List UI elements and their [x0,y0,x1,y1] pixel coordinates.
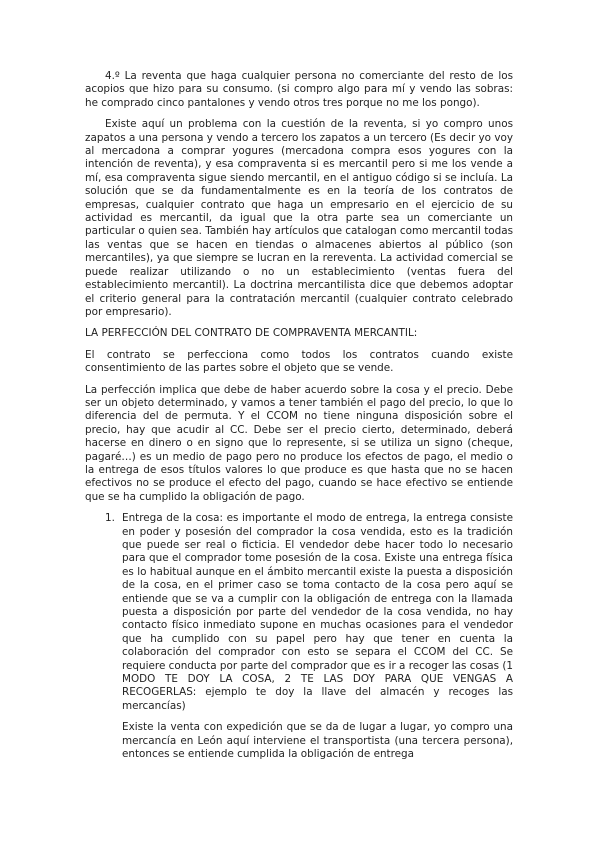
paragraph-reventa-no-comerciante: 4.º La reventa que haga cualquier person… [85,70,513,110]
paragraph-problema-reventa: Existe aquí un problema con la cuestión … [85,118,513,319]
paragraph-perfeccion-precio: La perfección implica que debe de haber … [85,384,513,505]
numbered-list: 1. Entrega de la cosa: es importante el … [85,512,513,713]
list-item: 1. Entrega de la cosa: es importante el … [85,512,513,713]
section-heading: LA PERFECCIÓN DEL CONTRATO DE COMPRAVENT… [85,327,513,340]
document-page: 4.º La reventa que haga cualquier person… [85,70,513,762]
list-item-text: Entrega de la cosa: es importante el mod… [122,512,513,712]
paragraph-venta-expedicion: Existe la venta con expedición que se da… [85,721,513,761]
list-item-number: 1. [105,512,115,525]
paragraph-perfeccion-contrato: El contrato se perfecciona como todos lo… [85,349,513,376]
